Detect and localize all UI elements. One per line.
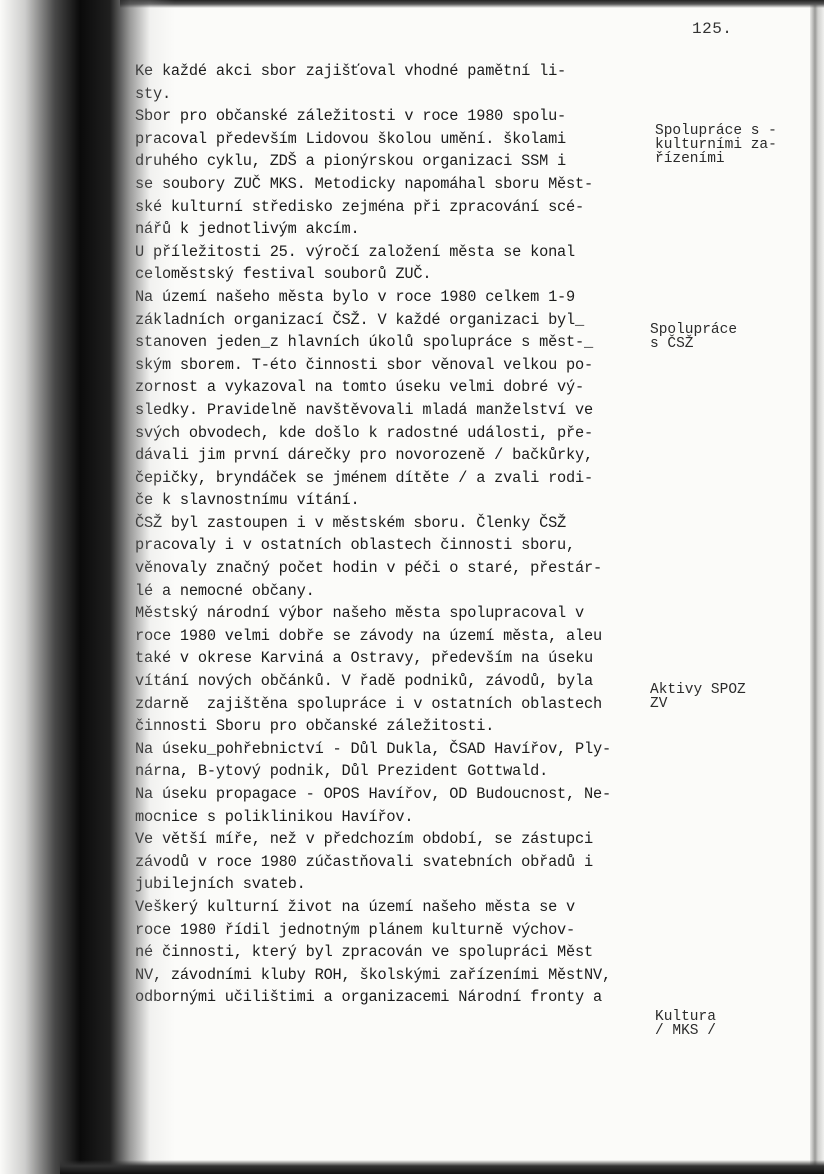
text-line: také v okrese Karviná a Ostravy, předevš… [135, 647, 655, 670]
text-line: nářů k jednotlivým akcím. [135, 218, 655, 241]
text-line: svých obvodech, kde došlo k radostné udá… [135, 422, 655, 445]
page-right-edge [810, 0, 824, 1174]
page-top-edge [120, 0, 824, 8]
text-line: sledky. Pravidelně navštěvovali mladá ma… [135, 399, 655, 422]
text-line: vítání nových občánků. V řadě podniků, z… [135, 670, 655, 693]
margin-note-spoz-activities: Aktivy SPOZ ZV [650, 683, 746, 711]
text-line: roce 1980 řídil jednotným plánem kulturn… [135, 919, 655, 942]
margin-note-cultural-cooperation: Spolupráce s - kulturními za- řízeními [655, 124, 777, 166]
text-line: stanoven jeden_z hlavních úkolů spoluprá… [135, 331, 655, 354]
text-line: dávali jim první dárečky pro novorozeně … [135, 444, 655, 467]
body-text: Ke každé akci sbor zajišťoval vhodné pam… [135, 60, 655, 1009]
text-line: Ve větší míře, než v předchozím období, … [135, 828, 655, 851]
text-line: základních organizací ČSŽ. V každé organ… [135, 309, 655, 332]
text-line: Veškerý kulturní život na území našeho m… [135, 896, 655, 919]
text-line: né činnosti, který byl zpracován ve spol… [135, 941, 655, 964]
margin-note-culture-mks: Kultura / MKS / [655, 1010, 716, 1038]
text-line: druhého cyklu, ZDŠ a pionýrskou organiza… [135, 150, 655, 173]
text-line: jubilejních svateb. [135, 873, 655, 896]
text-line: se soubory ZUČ MKS. Metodicky napomáhal … [135, 173, 655, 196]
scanned-page: 125. Ke každé akci sbor zajišťoval vhodn… [0, 0, 824, 1174]
text-line: ČSŽ byl zastoupen i v městském sboru. Čl… [135, 512, 655, 535]
text-line: činnosti Sboru pro občanské záležitosti. [135, 715, 655, 738]
text-line: mocnice s poliklinikou Havířov. [135, 806, 655, 829]
text-line: zdarně zajištěna spolupráce i v ostatníc… [135, 693, 655, 716]
text-line: sty. [135, 83, 655, 106]
text-line: čepičky, bryndáček se jménem dítěte / a … [135, 467, 655, 490]
text-line: Ke každé akci sbor zajišťoval vhodné pam… [135, 60, 655, 83]
text-line: Na úseku propagace - OPOS Havířov, OD Bu… [135, 783, 655, 806]
text-line: lé a nemocné občany. [135, 580, 655, 603]
text-line: NV, závodními kluby ROH, školskými zaříz… [135, 964, 655, 987]
text-line: Městský národní výbor našeho města spolu… [135, 602, 655, 625]
margin-note-csz-cooperation: Spolupráce s ČSŽ [650, 323, 737, 351]
book-gutter-shadow [0, 0, 200, 1174]
text-line: Sbor pro občanské záležitosti v roce 198… [135, 105, 655, 128]
text-line: roce 1980 velmi dobře se závody na území… [135, 625, 655, 648]
text-line: věnovaly značný počet hodin v péči o sta… [135, 557, 655, 580]
text-line: odbornými učilištimi a organizacemi Náro… [135, 986, 655, 1009]
page-bottom-edge [60, 1160, 824, 1174]
text-line: Na úseku_pohřebnictví - Důl Dukla, ČSAD … [135, 738, 655, 761]
text-line: celoměstský festival souborů ZUČ. [135, 263, 655, 286]
text-line: pracovaly i v ostatních oblastech činnos… [135, 534, 655, 557]
text-line: če k slavnostnímu vítání. [135, 489, 655, 512]
text-line: ským sborem. T-éto činnosti sbor věnoval… [135, 354, 655, 377]
text-line: závodů v roce 1980 zúčastňovali svatební… [135, 851, 655, 874]
text-line: ské kulturní středisko zejména při zprac… [135, 196, 655, 219]
text-line: U příležitosti 25. výročí založení města… [135, 241, 655, 264]
text-line: Na území našeho města bylo v roce 1980 c… [135, 286, 655, 309]
page-number: 125. [692, 20, 732, 38]
text-line: zornost a vykazoval na tomto úseku velmi… [135, 376, 655, 399]
text-line: nárna, B-ytový podnik, Důl Prezident Got… [135, 760, 655, 783]
text-line: pracoval především Lidovou školou umění.… [135, 128, 655, 151]
